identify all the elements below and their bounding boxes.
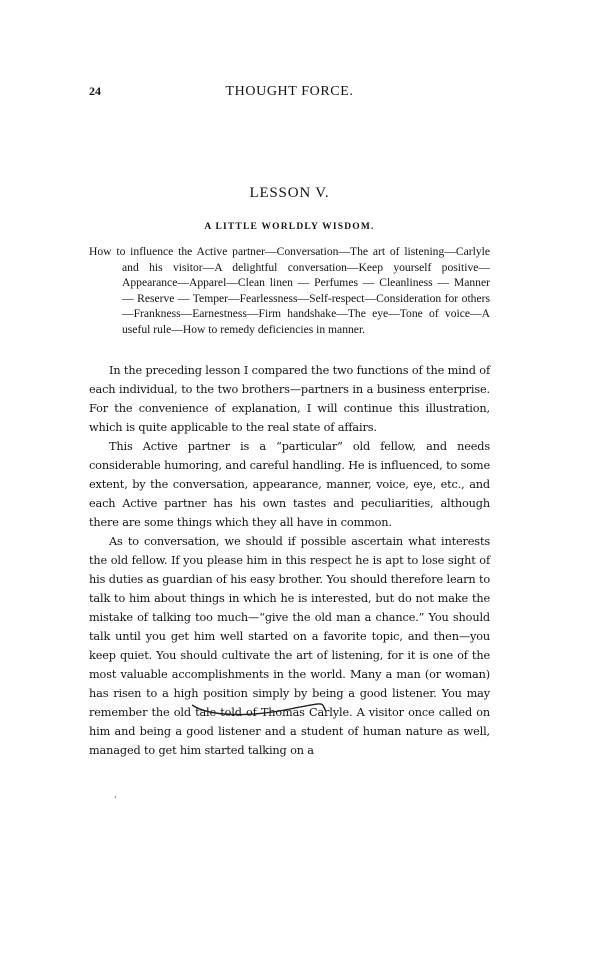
stray-mark: ʻ	[114, 795, 117, 804]
running-head: 24 THOUGHT FORCE.	[89, 84, 490, 102]
lesson-summary: How to influence the Active partner—Conv…	[89, 244, 490, 338]
paragraph: This Active partner is a “particular” ol…	[89, 437, 490, 532]
lesson-title: LESSON V.	[89, 185, 490, 202]
paragraph: As to conversation, we should if possibl…	[89, 532, 490, 760]
body-text: In the preceding lesson I compared the t…	[89, 361, 490, 760]
running-title: THOUGHT FORCE.	[89, 84, 490, 100]
paragraph: In the preceding lesson I compared the t…	[89, 361, 490, 437]
book-page: 24 THOUGHT FORCE. LESSON V. A LITTLE WOR…	[0, 0, 600, 978]
lesson-subtitle: A LITTLE WORLDLY WISDOM.	[89, 222, 490, 232]
